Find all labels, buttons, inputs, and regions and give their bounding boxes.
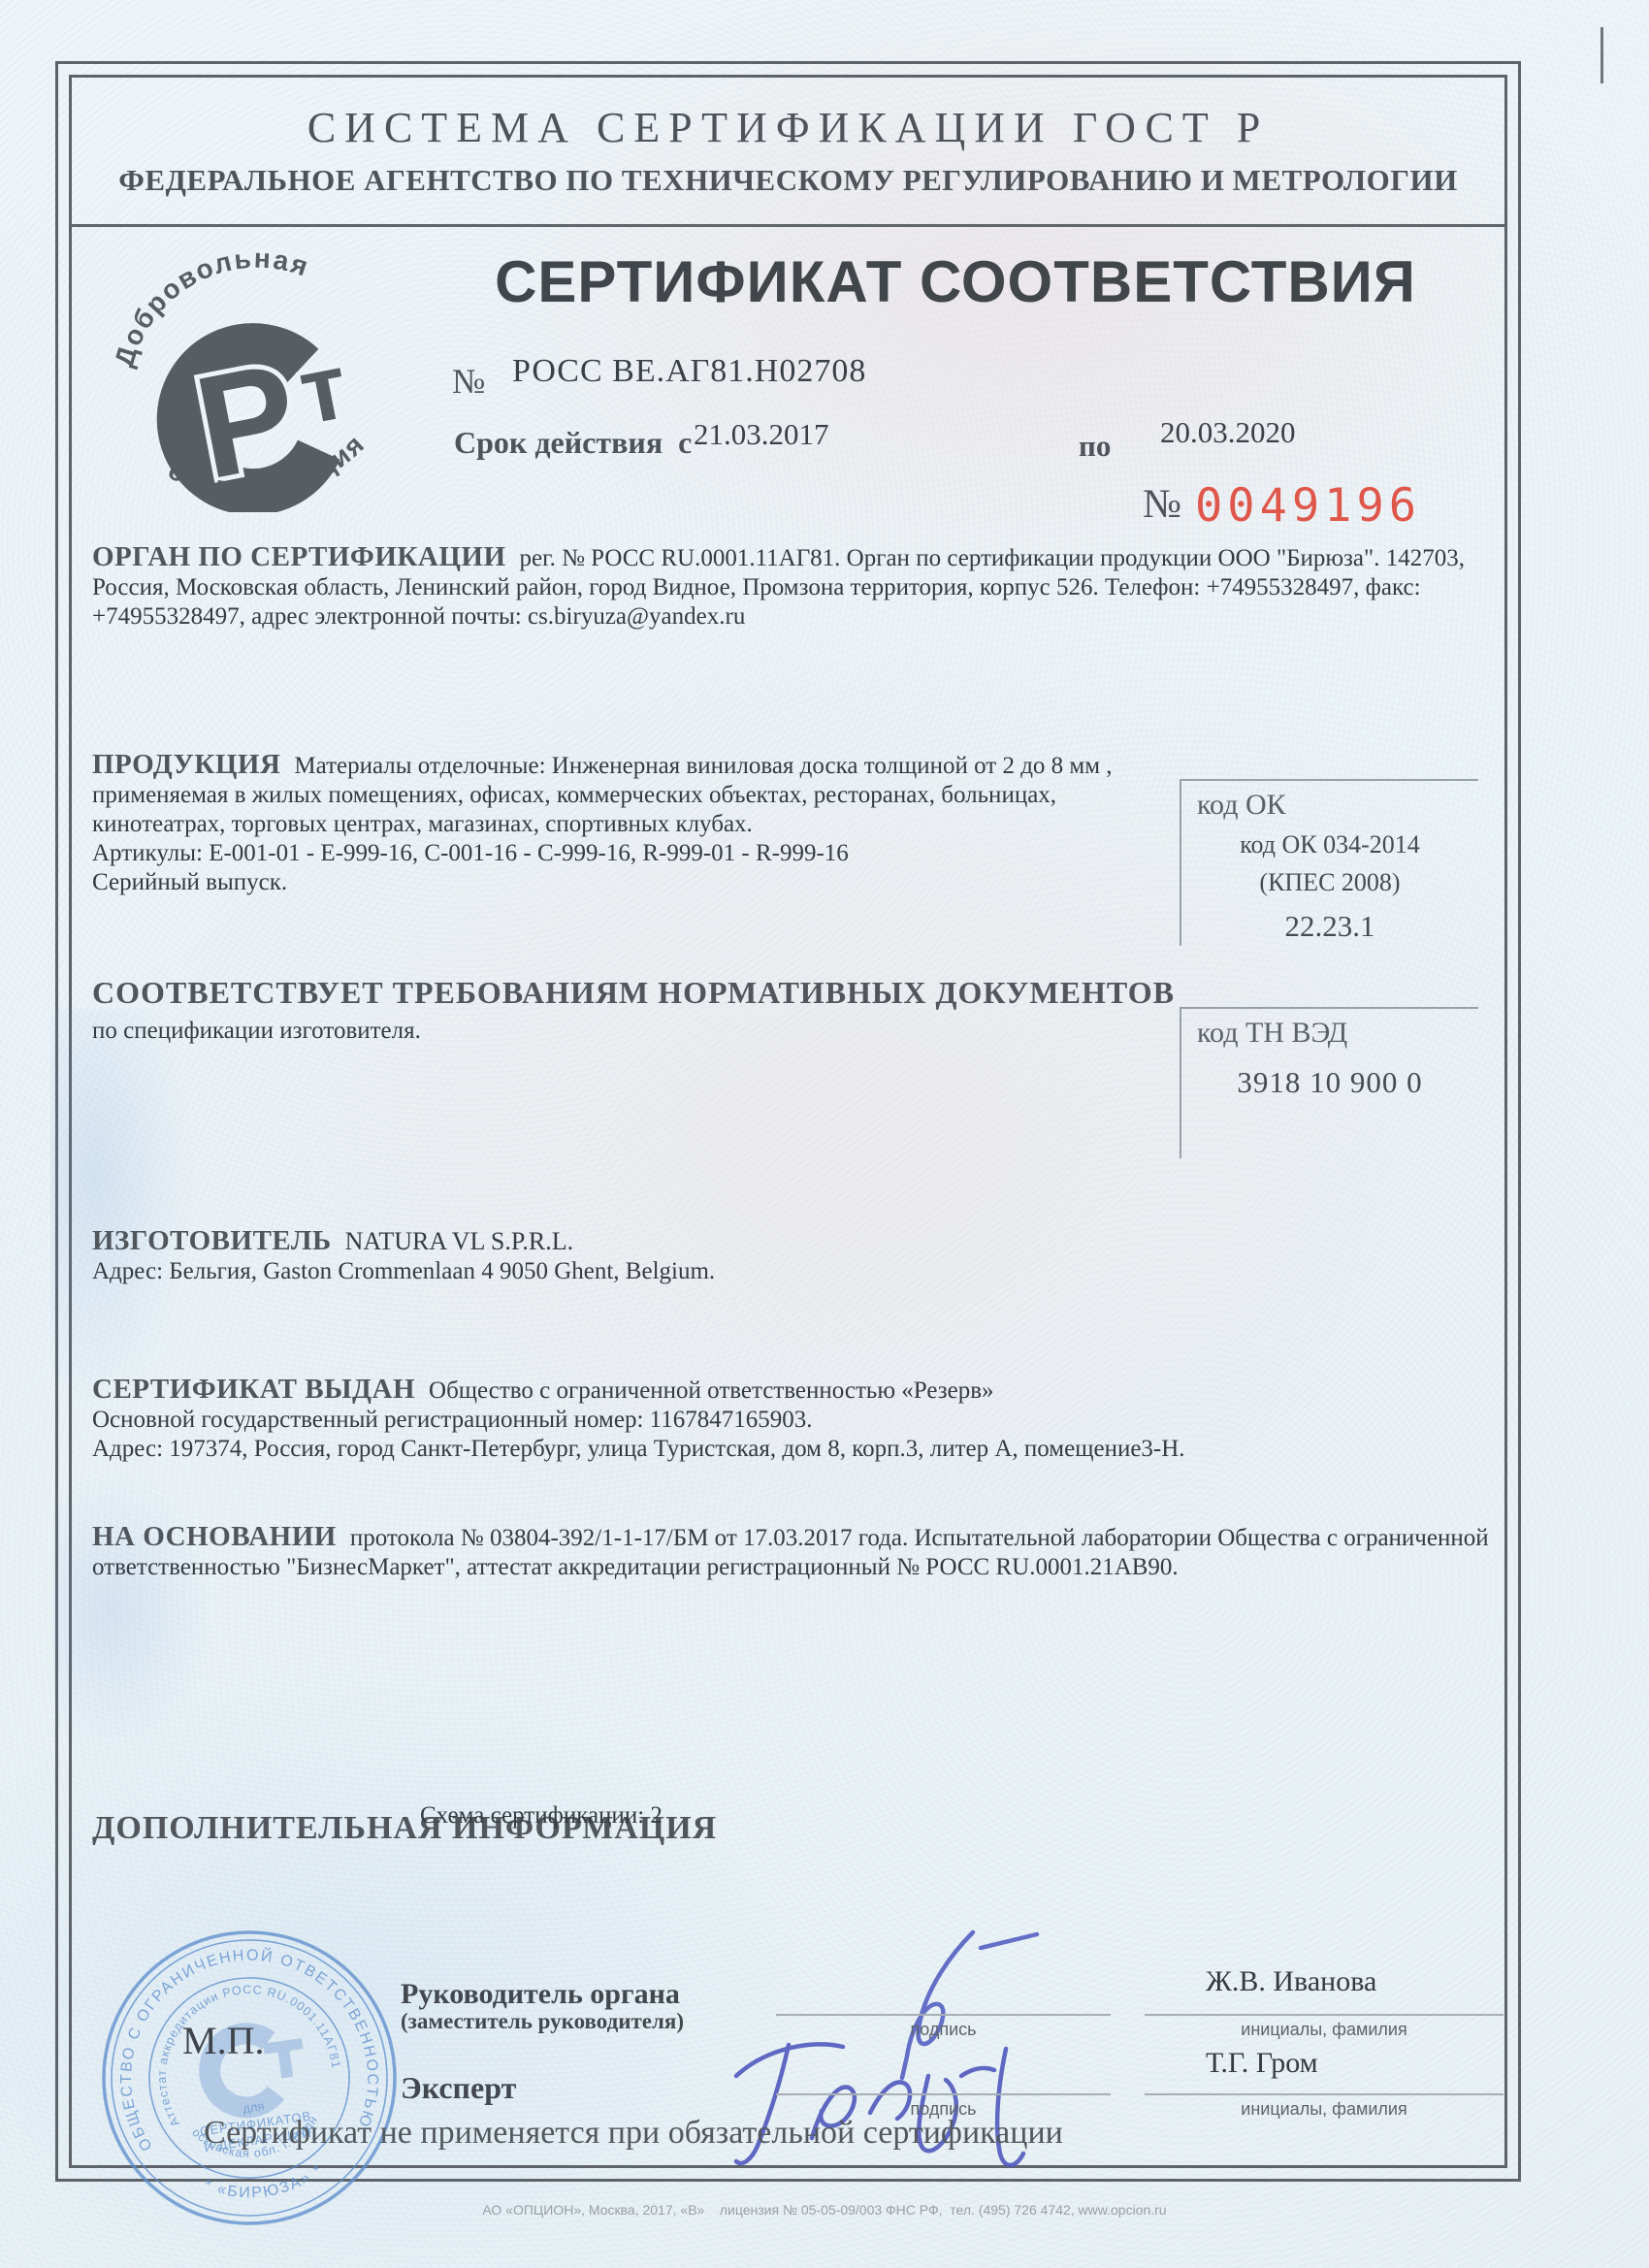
certification-body-stamp: ОБЩЕСТВО С ОГРАНИЧЕННОЙ ОТВЕТСТВЕННОСТЬЮ…: [97, 1926, 403, 2231]
blank-number-value: 0049196: [1195, 479, 1421, 533]
manufacturer-address: Адрес: Бельгия, Gaston Crommenlaan 4 905…: [92, 1257, 1497, 1286]
cert-number-sign: №: [452, 361, 485, 402]
manufacturer-label: ИЗГОТОВИТЕЛЬ: [92, 1225, 332, 1256]
scan-corner-mark: [1600, 27, 1603, 83]
issued-to-ogrn: Основной государственный регистрационный…: [92, 1406, 1497, 1435]
issued-to-address: Адрес: 197374, Россия, город Санкт-Петер…: [92, 1435, 1497, 1464]
product-label: ПРОДУКЦИЯ: [92, 749, 280, 780]
section-manufacturer: ИЗГОТОВИТЕЛЬNATURA VL S.P.R.L. Адрес: Бе…: [92, 1225, 1497, 1286]
disclaimer-text: Сертификат не применяется при обязательн…: [204, 2115, 1063, 2152]
conformity-label: СООТВЕТСТВУЕТ ТРЕБОВАНИЯМ НОРМАТИВНЫХ ДО…: [92, 975, 1497, 1011]
ok-code-line1: код ОК 034-2014: [1181, 830, 1478, 859]
additional-info-text: Схема сертификации: 2: [420, 1802, 663, 1830]
cert-number-value: РОСС BE.АГ81.Н02708: [512, 353, 866, 390]
validity-to-date: 20.03.2020: [1160, 415, 1296, 450]
product-articles: Артикулы: E-001-01 - E-999-16, C-001-16 …: [92, 839, 1183, 868]
head-role-line2: (заместитель руководителя): [401, 2010, 684, 2033]
expert-name: Т.Г. Гром: [1206, 2047, 1318, 2080]
section-basis: НА ОСНОВАНИИпротокола № 03804-392/1-1-17…: [92, 1521, 1497, 1582]
head-name: Ж.В. Иванова: [1206, 1965, 1376, 1998]
logo-letter-t: т: [291, 334, 356, 444]
expert-name-caption: инициалы, фамилия: [1145, 2099, 1503, 2120]
tnved-label: код ТН ВЭД: [1181, 1009, 1478, 1050]
issued-to-name: Общество с ограниченной ответственностью…: [429, 1377, 994, 1404]
section-product: ПРОДУКЦИЯМатериалы отделочные: Инженерна…: [92, 749, 1183, 897]
expert-name-line: [1145, 2093, 1503, 2095]
head-name-line: [1145, 2014, 1503, 2016]
printing-house-info: АО «ОПЦИОН», Москва, 2017, «В» лицензия …: [0, 2202, 1649, 2218]
validity-to-label: по: [1079, 429, 1111, 464]
head-signature-caption: подпись: [776, 2020, 1111, 2040]
head-name-caption: инициалы, фамилия: [1145, 2020, 1503, 2040]
section-certification-body: ОРГАН ПО СЕРТИФИКАЦИИрег. № РОСС RU.0001…: [92, 541, 1497, 632]
ok-code-box: код ОК код ОК 034-2014 (КПЕС 2008) 22.23…: [1180, 779, 1478, 946]
tnved-code-box: код ТН ВЭД 3918 10 900 0: [1180, 1007, 1478, 1158]
ok-code-line2: (КПЕС 2008): [1181, 868, 1478, 897]
system-title: СИСТЕМА СЕРТИФИКАЦИИ ГОСТ Р: [72, 103, 1504, 152]
manufacturer-name: NATURA VL S.P.R.L.: [345, 1227, 574, 1255]
stamp-center-line1: для: [242, 2098, 265, 2116]
validity-from-date: 21.03.2017: [694, 417, 829, 452]
blank-number-sign: №: [1143, 481, 1181, 528]
validity-label: Срок действия с: [454, 425, 692, 461]
seal-place-mark: М.П.: [182, 2018, 264, 2063]
agency-title: ФЕДЕРАЛЬНОЕ АГЕНТСТВО ПО ТЕХНИЧЕСКОМУ РЕ…: [72, 163, 1504, 198]
document-title: СЕРТИФИКАТ СООТВЕТСТВИЯ: [427, 248, 1484, 315]
ok-code-label: код ОК: [1181, 781, 1478, 822]
ok-code-value: 22.23.1: [1181, 909, 1478, 944]
rst-voluntary-certification-logo: Добровольная Р т сертификация: [107, 231, 393, 512]
head-role-line1: Руководитель органа: [401, 1979, 684, 2010]
expert-role: Эксперт: [401, 2070, 516, 2106]
section-issued-to: СЕРТИФИКАТ ВЫДАНОбщество с ограниченной …: [92, 1374, 1497, 1464]
head-role: Руководитель органа (заместитель руковод…: [401, 1979, 684, 2033]
certificate-page: СИСТЕМА СЕРТИФИКАЦИИ ГОСТ Р ФЕДЕРАЛЬНОЕ …: [0, 0, 1649, 2268]
expert-signature-line: [776, 2093, 1111, 2095]
header-divider: [72, 224, 1504, 227]
certification-body-label: ОРГАН ПО СЕРТИФИКАЦИИ: [92, 541, 506, 572]
head-signature-line: [776, 2014, 1111, 2016]
tnved-value: 3918 10 900 0: [1181, 1065, 1478, 1100]
product-serial: Серийный выпуск.: [92, 868, 1183, 897]
basis-label: НА ОСНОВАНИИ: [92, 1521, 337, 1552]
issued-to-label: СЕРТИФИКАТ ВЫДАН: [92, 1374, 415, 1405]
